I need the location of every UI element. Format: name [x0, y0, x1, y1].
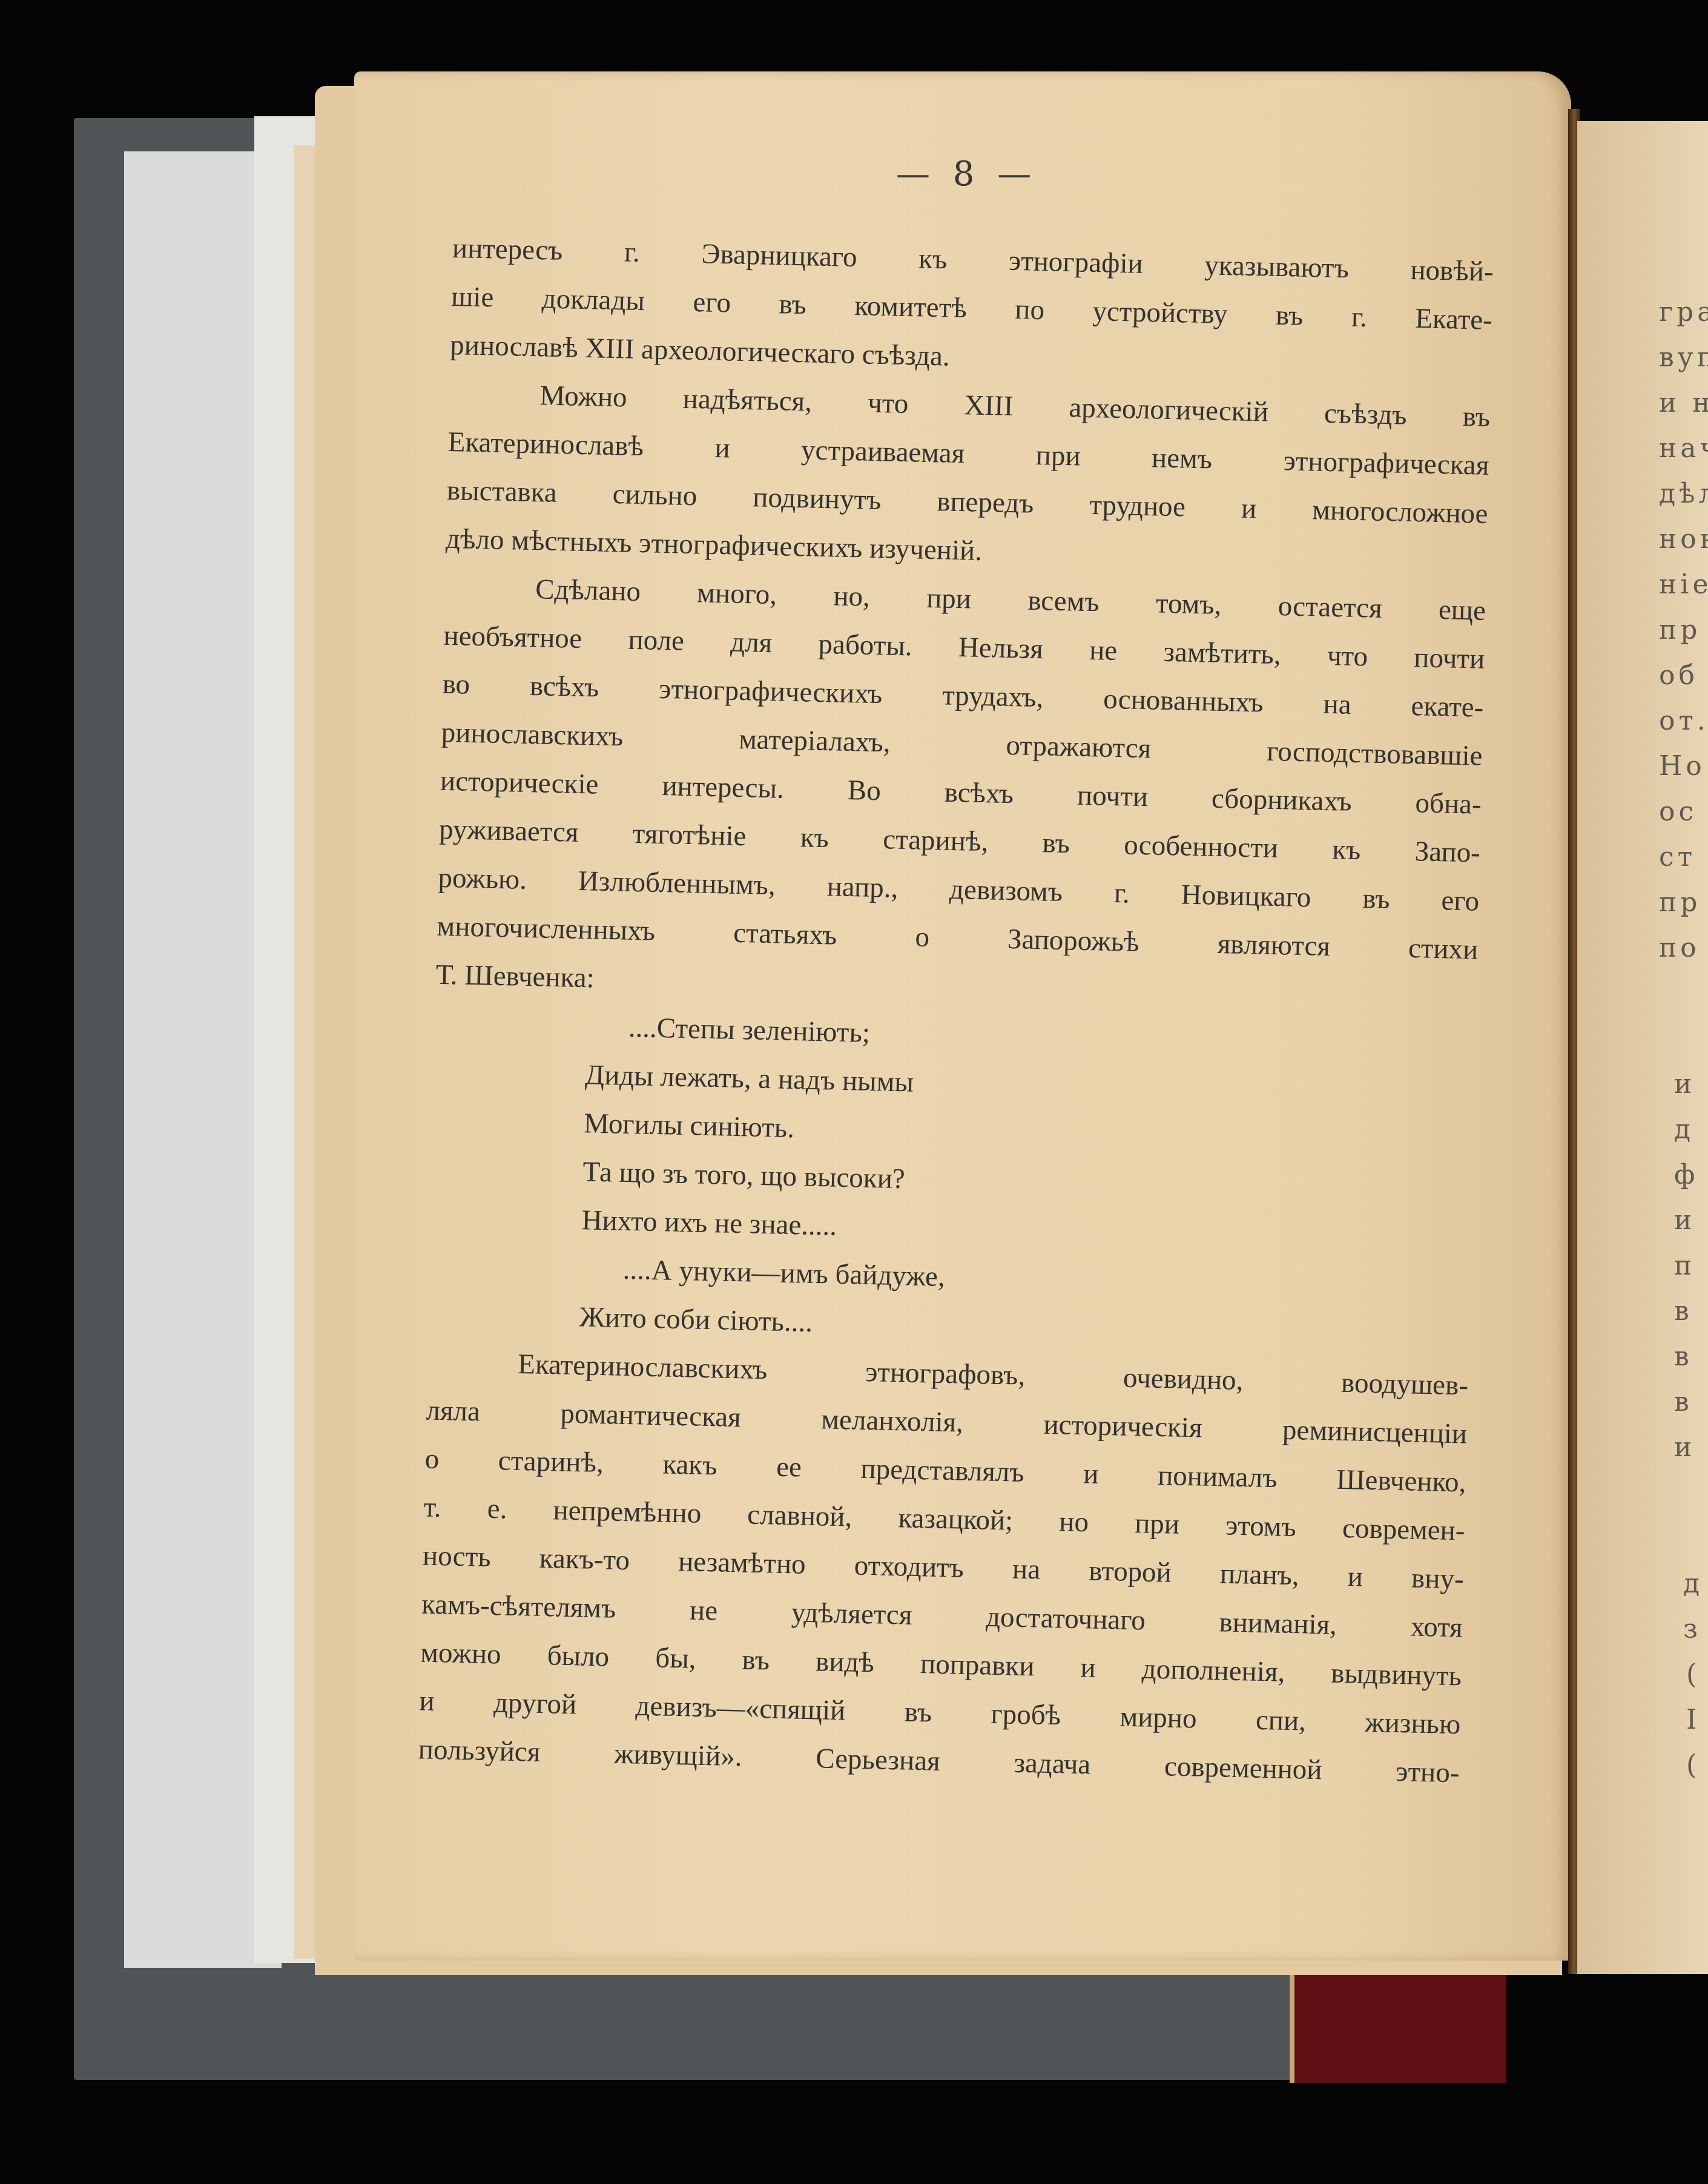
fragment: ф: [1674, 1160, 1698, 1190]
paragraph-2: Можно надѣяться, что XIII археологическі…: [445, 369, 1491, 587]
fragment: ніе: [1659, 569, 1708, 600]
fragment: (: [1686, 1750, 1700, 1781]
poem-quote: ....Степы зеленіють; Диды лежать, а надъ…: [579, 1002, 1476, 1361]
page-number: — 8 —: [896, 154, 1037, 194]
paragraph-3: Сдѣлано много, но, при всемъ томъ, остае…: [435, 563, 1486, 1023]
fragment: пр: [1659, 887, 1701, 918]
page-text: интересъ г. Эварницкаго къ этнографіи ук…: [418, 224, 1494, 1797]
fragment: и н: [1659, 388, 1708, 418]
fragment: з: [1683, 1614, 1701, 1645]
fragment: и: [1674, 1205, 1695, 1236]
fragment: ст: [1659, 842, 1696, 873]
fragment: дѣл: [1659, 478, 1708, 509]
fragment: гра: [1659, 297, 1708, 328]
fragment: в: [1674, 1341, 1693, 1372]
page-right-partial: гра вуп и н нач дѣл нон ніе пр об от. Но…: [1577, 121, 1708, 1974]
paragraph-1: интересъ г. Эварницкаго къ этнографіи ук…: [450, 224, 1494, 393]
fragment: и: [1674, 1069, 1695, 1100]
fragment: пр: [1659, 615, 1701, 645]
fragment: д: [1674, 1114, 1694, 1145]
fragment: (: [1686, 1659, 1700, 1690]
fragment: вуп: [1659, 342, 1708, 373]
fragment: нач: [1659, 433, 1708, 464]
fragment: в: [1674, 1387, 1693, 1417]
fragment: Но: [1659, 751, 1706, 782]
fragment: и: [1674, 1432, 1695, 1463]
fragment: I: [1686, 1704, 1700, 1735]
fragment: в: [1674, 1296, 1693, 1327]
fragment: нон: [1659, 524, 1708, 555]
fragment: ос: [1659, 796, 1697, 827]
fragment: от.: [1659, 705, 1708, 736]
fragment: д: [1683, 1568, 1703, 1599]
paragraph-4: Екатеринославскихъ этнографовъ, очевидно…: [418, 1338, 1469, 1798]
fragment: об: [1659, 660, 1698, 691]
fragment: по: [1659, 932, 1700, 963]
fragment: п: [1674, 1250, 1695, 1281]
